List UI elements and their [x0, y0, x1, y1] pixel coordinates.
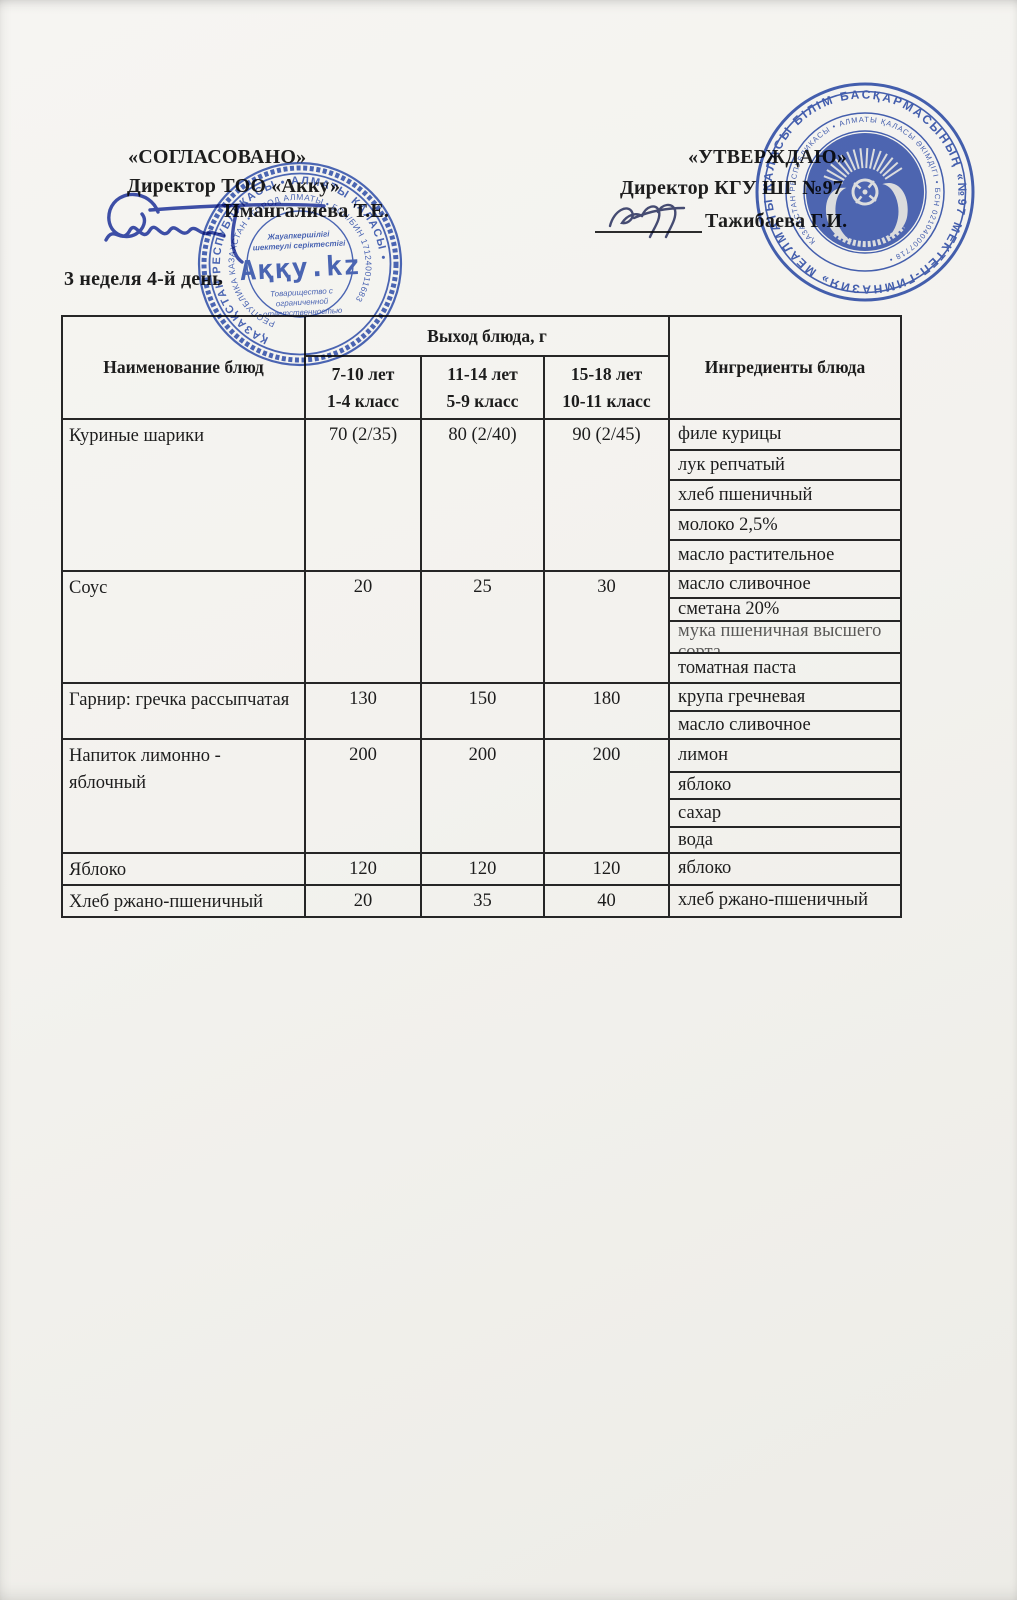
- portion-cell-age3: 40: [544, 885, 669, 917]
- handwritten-signature-right: [600, 196, 710, 242]
- ingredient-cell: яблоко: [669, 772, 901, 799]
- dish-name-cell: Яблоко: [62, 853, 305, 885]
- dish-name-cell: Гарнир: гречка рассыпчатая: [62, 683, 305, 739]
- ingredient-cell: томатная паста: [669, 653, 901, 683]
- col-header-age-group-3: 15-18 лет10-11 класс: [544, 356, 669, 419]
- ingredient-cell: мука пшеничная высшего сорта: [669, 621, 901, 653]
- ingredient-cell: лимон: [669, 739, 901, 772]
- portion-cell-age2: 150: [421, 683, 544, 739]
- dish-name-cell: Куриные шарики: [62, 419, 305, 571]
- svg-text:Аққу.kz: Аққу.kz: [239, 250, 361, 287]
- portion-cell-age2: 80 (2/40): [421, 419, 544, 571]
- kazakhstan-emblem: [800, 127, 930, 257]
- portion-cell-age3: 90 (2/45): [544, 419, 669, 571]
- portion-cell-age1: 20: [305, 885, 421, 917]
- ingredient-cell: яблоко: [669, 853, 901, 885]
- ingredient-cell: хлеб ржано-пшеничный: [669, 885, 901, 917]
- scanned-menu-document: «СОГЛАСОВАНО» Директор ТОО «Акку» Иманга…: [0, 0, 1017, 1600]
- ingredient-cell: филе курицы: [669, 419, 901, 450]
- round-stamp-akku: ҚАЗАҚСТАН РЕСПУБЛИКАСЫ • АЛМАТЫ ҚАЛАСЫ •…: [194, 158, 406, 370]
- portion-cell-age3: 200: [544, 739, 669, 853]
- table-row: Напиток лимонно - яблочный200200200лимон: [62, 739, 901, 772]
- ingredient-cell: масло растительное: [669, 540, 901, 571]
- ingredient-cell: сахар: [669, 799, 901, 827]
- signature-strokes: [610, 205, 684, 237]
- dish-name-cell: Хлеб ржано-пшеничный: [62, 885, 305, 917]
- table-row: Куриные шарики70 (2/35)80 (2/40)90 (2/45…: [62, 419, 901, 450]
- dish-name-cell: Соус: [62, 571, 305, 683]
- ingredient-cell: молоко 2,5%: [669, 510, 901, 540]
- table-row: Хлеб ржано-пшеничный203540хлеб ржано-пше…: [62, 885, 901, 917]
- stamp-center-text: Жауапкершілігі шектеулі серіктестігі Аққ…: [238, 228, 363, 320]
- portion-cell-age1: 20: [305, 571, 421, 683]
- ingredient-cell: масло сливочное: [669, 571, 901, 598]
- ingredient-cell: вода: [669, 827, 901, 853]
- round-stamp-school: АЛМАТЫ ҚАЛАСЫ БІЛІМ БАСҚАРМАСЫНЫҢ «№97 М…: [753, 80, 977, 304]
- table-row: Гарнир: гречка рассыпчатая130150180крупа…: [62, 683, 901, 711]
- portion-cell-age1: 120: [305, 853, 421, 885]
- ingredient-cell: крупа гречневая: [669, 683, 901, 711]
- portion-cell-age1: 130: [305, 683, 421, 739]
- ingredient-cell: лук репчатый: [669, 450, 901, 480]
- ingredient-cell: хлеб пшеничный: [669, 480, 901, 510]
- portion-cell-age3: 120: [544, 853, 669, 885]
- ingredient-cell: сметана 20%: [669, 598, 901, 621]
- col-header-age-group-2: 11-14 лет5-9 класс: [421, 356, 544, 419]
- portion-cell-age2: 35: [421, 885, 544, 917]
- portion-cell-age2: 25: [421, 571, 544, 683]
- portion-cell-age2: 120: [421, 853, 544, 885]
- portion-cell-age3: 30: [544, 571, 669, 683]
- ingredient-cell: масло сливочное: [669, 711, 901, 739]
- portion-cell-age2: 200: [421, 739, 544, 853]
- portion-cell-age1: 70 (2/35): [305, 419, 421, 571]
- table-row: Яблоко120120120яблоко: [62, 853, 901, 885]
- portion-cell-age3: 180: [544, 683, 669, 739]
- dish-name-cell: Напиток лимонно - яблочный: [62, 739, 305, 853]
- portion-cell-age1: 200: [305, 739, 421, 853]
- menu-table: Наименование блюдВыход блюда, гИнгредиен…: [61, 315, 902, 918]
- col-header-ingredients: Ингредиенты блюда: [669, 316, 901, 419]
- table-row: Соус202530масло сливочное: [62, 571, 901, 598]
